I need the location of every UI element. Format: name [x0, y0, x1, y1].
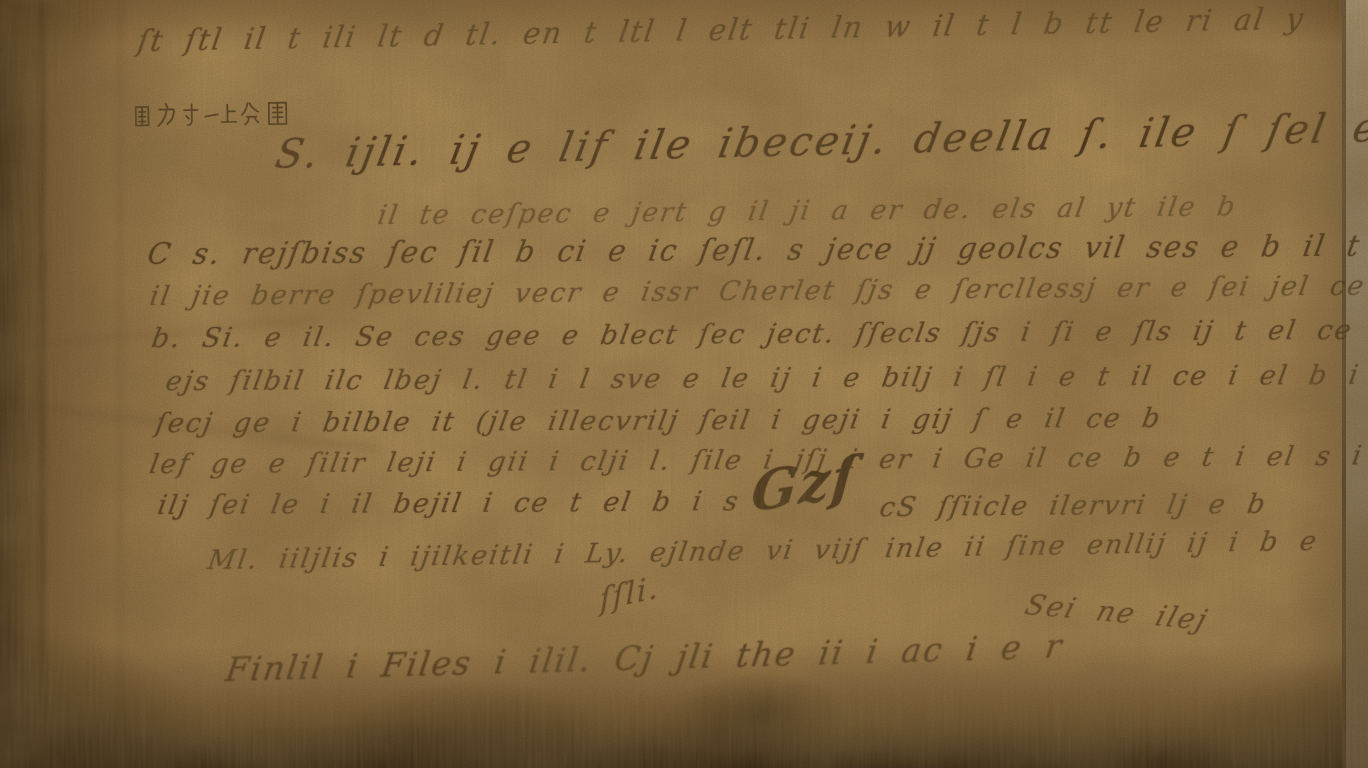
handwriting-line: il jie berre ſpevliliej vecr e issr Cher…	[147, 270, 1368, 312]
handwriting-postscript: ſſli.	[600, 570, 660, 618]
handwriting-line-opening: S. ijli. ij e lif ile ibeceij. deella ſ.…	[272, 102, 1368, 178]
manuscript-photo: ſt ſtl il t ili lt d tl. en t ltl l elt …	[0, 0, 1368, 768]
handwriting-line-closing: Finlil i Files i ilil. Cj jli the ii i a…	[223, 627, 1066, 690]
handwriting-line: C s. rejſbiss ſec ſil b ci e ic ſeſl. s …	[145, 228, 1368, 271]
handwriting-line: ſecj ge i bilble it (jle illecvrilj ſeil…	[153, 403, 1164, 439]
handwriting-line: Ml. iiljlis i ijilkeitli i Ly. ejlnde vi…	[206, 526, 1321, 576]
handwriting-layer: ſt ſtl il t ili lt d tl. en t ltl l elt …	[0, 0, 1368, 768]
handwriting-line: b. Si. e il. Se ces gee e blect ſec ject…	[149, 314, 1368, 354]
stamp-glyphs	[132, 95, 295, 135]
handwriting-line-header: ſt ſtl il t ili lt d tl. en t ltl l elt …	[135, 2, 1307, 59]
handwriting-line: cS ſſiicle ilervri lj e b	[877, 489, 1269, 523]
handwriting-line: il te ceſpec e jert g il ji a er de. els…	[375, 191, 1239, 231]
handwriting-line: ilj ſei le i il bejil i ce t el b i s	[155, 486, 742, 521]
handwriting-line: ejs ſilbil ilc lbej l. tl i l sve e le i…	[163, 359, 1368, 397]
